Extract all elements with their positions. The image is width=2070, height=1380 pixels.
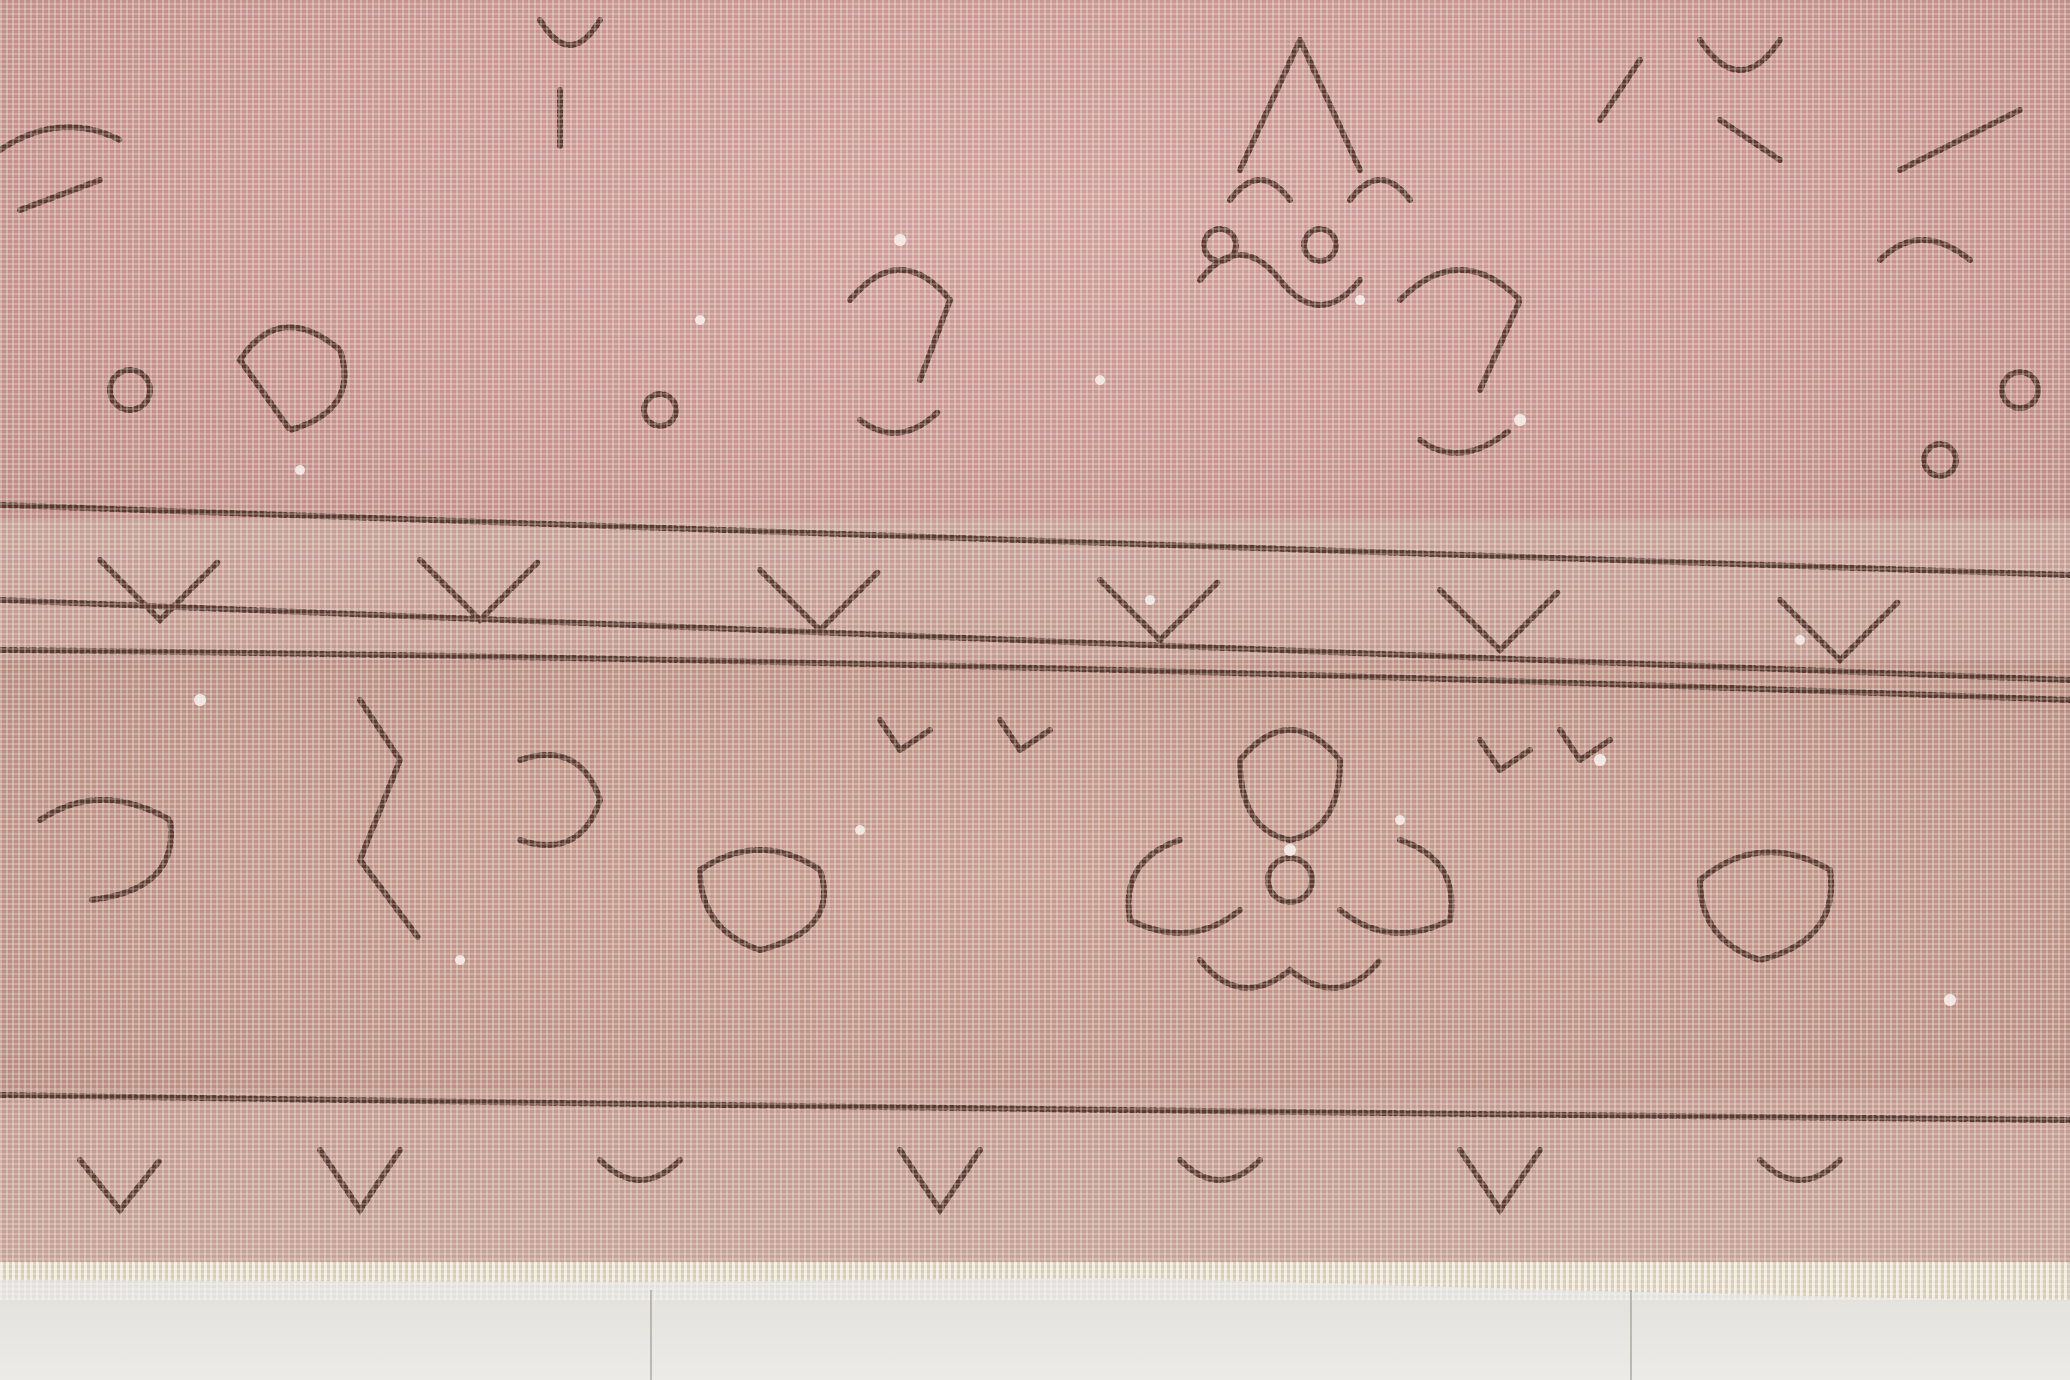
rug — [0, 0, 2070, 1300]
rug-pattern — [0, 0, 2070, 1300]
rug-photo — [0, 0, 2070, 1380]
floor-seam — [1630, 1290, 1632, 1380]
field-border-line — [0, 505, 2070, 575]
outer-border-line — [0, 1095, 2070, 1120]
floor-seam — [650, 1290, 652, 1380]
